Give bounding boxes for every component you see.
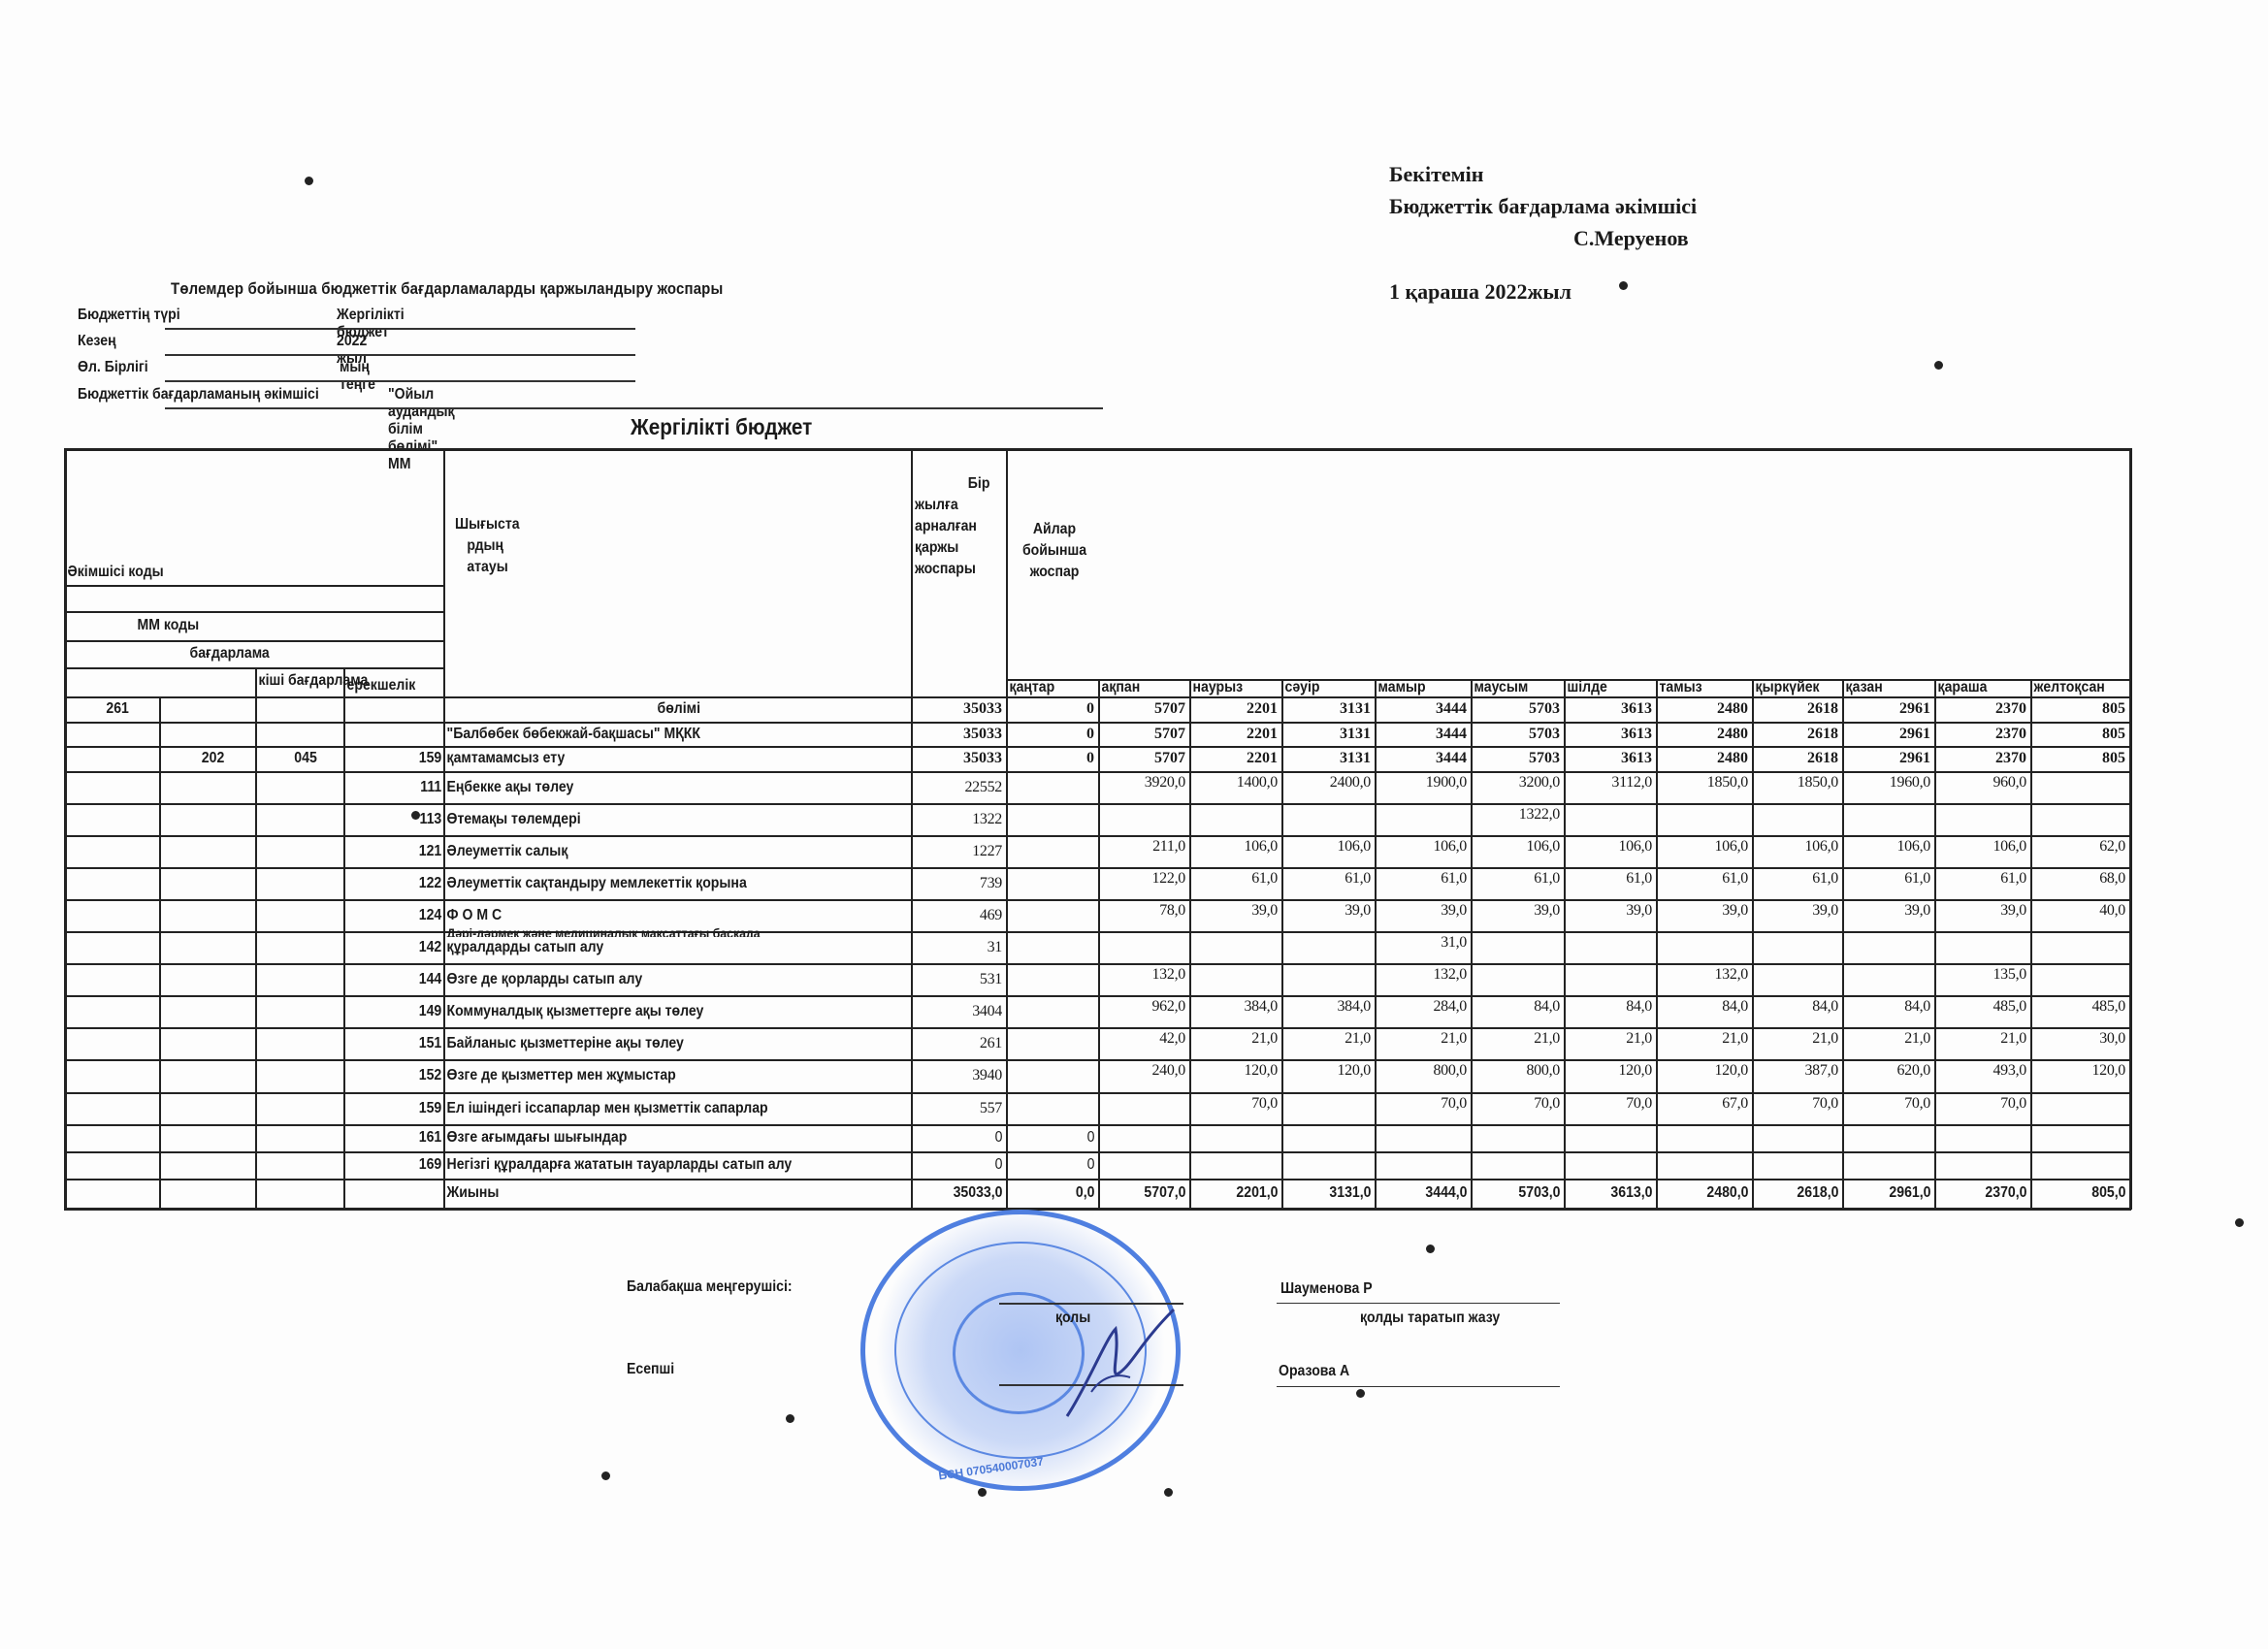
cell-month-1 <box>1006 1092 1098 1124</box>
cell-specific: 144 <box>355 963 443 995</box>
header-month-3: наурыз <box>1189 679 1271 696</box>
cell-month-8: 132,0 <box>1656 963 1752 995</box>
cell-month-9: 1850,0 <box>1752 771 1842 803</box>
cell-month-5: 284,0 <box>1375 995 1471 1027</box>
cell-month-3 <box>1189 963 1281 995</box>
cell-month-2: 78,0 <box>1098 899 1189 931</box>
cell-expense-name: Ел ішіндегі іссапарлар мен қызметтік сап… <box>443 1092 855 1124</box>
cell-month-11 <box>1946 1124 2030 1151</box>
cell-month-8: 2480,0 <box>1668 1179 1752 1208</box>
cell-month-1 <box>1006 931 1098 963</box>
approval-name: С.Меруенов <box>1389 222 1697 254</box>
cell-month-5 <box>1386 1124 1471 1151</box>
cell-month-11: 2370,0 <box>1946 1179 2030 1208</box>
cell-mm-code <box>171 963 255 995</box>
cell-specific: 121 <box>355 835 443 867</box>
cell-month-2: 3920,0 <box>1098 771 1189 803</box>
cell-admin-code <box>76 771 159 803</box>
cell-month-1 <box>1006 995 1098 1027</box>
cell-month-6 <box>1482 1124 1564 1151</box>
header-annual-plan-line: арналған <box>915 516 996 537</box>
cell-month-5: 800,0 <box>1375 1059 1471 1092</box>
cell-month-7: 3613 <box>1564 746 1656 771</box>
cell-month-6: 61,0 <box>1471 867 1564 899</box>
table-vline <box>255 696 257 1210</box>
meta-label: Өл. Бірлігі <box>78 359 148 376</box>
cell-expense-name: құралдарды сатып алу <box>443 931 855 963</box>
cell-admin-code <box>76 963 159 995</box>
cell-month-9: 21,0 <box>1752 1027 1842 1059</box>
meta-value: мың теңге <box>340 359 375 394</box>
cell-program <box>267 696 344 722</box>
cell-mm-code <box>171 995 255 1027</box>
cell-month-10 <box>1842 803 1934 835</box>
cell-month-6 <box>1471 963 1564 995</box>
cell-expense-name: Жиыны <box>443 1179 855 1208</box>
cell-month-11: 106,0 <box>1934 835 2030 867</box>
cell-month-1 <box>1006 803 1098 835</box>
header-monthly-plan: Айларбойыншажоспар <box>1012 519 1097 583</box>
header-expense-name-line: Шығыста <box>455 514 520 535</box>
cell-month-2: 132,0 <box>1098 963 1189 995</box>
scan-dot <box>305 177 313 185</box>
cell-month-5: 132,0 <box>1375 963 1471 995</box>
cell-mm-code <box>171 899 255 931</box>
header-month-4: сәуір <box>1281 679 1363 696</box>
cell-month-1: 0 <box>1017 1151 1098 1179</box>
cell-annual-plan: 35033,0 <box>923 1179 1006 1208</box>
cell-mm-code <box>171 835 255 867</box>
header-month-5: мамыр <box>1375 679 1459 696</box>
decode-caption: қолды таратып жазу <box>1360 1309 1500 1327</box>
cell-month-4: 3131 <box>1281 696 1375 722</box>
cell-month-12: 805 <box>2030 722 2129 746</box>
cell-month-4 <box>1281 803 1375 835</box>
cell-mm-code <box>171 867 255 899</box>
cell-month-9: 39,0 <box>1752 899 1842 931</box>
cell-annual-plan: 0 <box>923 1151 1006 1179</box>
cell-month-9: 84,0 <box>1752 995 1842 1027</box>
cell-month-1: 0 <box>1006 722 1098 746</box>
document-title: Төлемдер бойынша бюджеттік бағдарламалар… <box>171 279 723 299</box>
cell-month-2: 42,0 <box>1098 1027 1189 1059</box>
cell-month-8: 120,0 <box>1656 1059 1752 1092</box>
cell-month-7: 84,0 <box>1564 995 1656 1027</box>
cell-admin-code <box>76 1151 159 1179</box>
cell-month-6: 84,0 <box>1471 995 1564 1027</box>
cell-month-7: 39,0 <box>1564 899 1656 931</box>
cell-month-11: 2370 <box>1934 746 2030 771</box>
cell-month-11: 485,0 <box>1934 995 2030 1027</box>
cell-specific: 159 <box>355 1092 443 1124</box>
cell-month-5: 3444,0 <box>1386 1179 1471 1208</box>
cell-month-3: 39,0 <box>1189 899 1281 931</box>
cell-month-3 <box>1200 1151 1281 1179</box>
cell-month-9 <box>1752 931 1842 963</box>
cell-month-11: 21,0 <box>1934 1027 2030 1059</box>
cell-admin-code <box>76 1092 159 1124</box>
cell-month-7: 106,0 <box>1564 835 1656 867</box>
meta-underline <box>165 354 635 356</box>
meta-row: Бюджеттік бағдарламаның әкімшісі"Ойыл ау… <box>78 386 319 404</box>
cell-annual-plan: 1322 <box>911 803 1006 835</box>
cell-expense-name: Өзге ағымдағы шығындар <box>443 1124 855 1151</box>
cell-admin-code <box>76 722 159 746</box>
approval-line1: Бекітемін <box>1389 158 1697 190</box>
cell-month-1 <box>1006 771 1098 803</box>
cell-month-12: 805 <box>2030 696 2129 722</box>
cell-annual-plan: 1227 <box>911 835 1006 867</box>
cell-month-6: 3200,0 <box>1471 771 1564 803</box>
cell-month-9: 387,0 <box>1752 1059 1842 1092</box>
cell-month-9: 61,0 <box>1752 867 1842 899</box>
cell-admin-code <box>76 1179 159 1208</box>
cell-month-1 <box>1006 867 1098 899</box>
cell-month-1: 0 <box>1017 1124 1098 1151</box>
cell-month-11: 70,0 <box>1934 1092 2030 1124</box>
cell-month-8: 39,0 <box>1656 899 1752 931</box>
header-month-12: желтоқсан <box>2030 679 2118 696</box>
cell-program <box>267 1179 344 1208</box>
cell-month-12 <box>2042 1124 2129 1151</box>
header-month-11: қараша <box>1934 679 2019 696</box>
scan-dot <box>786 1414 794 1423</box>
cell-month-9 <box>1752 803 1842 835</box>
cell-month-1 <box>1006 1059 1098 1092</box>
cell-annual-plan: 261 <box>911 1027 1006 1059</box>
meta-underline <box>165 380 635 382</box>
cell-month-4: 39,0 <box>1281 899 1375 931</box>
cell-month-4: 21,0 <box>1281 1027 1375 1059</box>
cell-month-9 <box>1752 963 1842 995</box>
cell-annual-plan: 3404 <box>911 995 1006 1027</box>
header-mm-code: ММ коды <box>134 612 356 638</box>
cell-month-6: 5703,0 <box>1482 1179 1564 1208</box>
cell-month-12: 40,0 <box>2030 899 2129 931</box>
cell-month-5: 3444 <box>1375 696 1471 722</box>
cell-month-10: 39,0 <box>1842 899 1934 931</box>
cell-month-10: 2961 <box>1842 722 1934 746</box>
cell-month-9: 2618,0 <box>1763 1179 1842 1208</box>
cell-month-5: 3444 <box>1375 722 1471 746</box>
cell-month-4 <box>1293 1151 1375 1179</box>
cell-annual-plan: 35033 <box>911 696 1006 722</box>
cell-month-10 <box>1842 931 1934 963</box>
cell-month-5: 1900,0 <box>1375 771 1471 803</box>
cell-month-8: 21,0 <box>1656 1027 1752 1059</box>
cell-month-7: 3613,0 <box>1574 1179 1656 1208</box>
cell-annual-plan: 35033 <box>911 746 1006 771</box>
cell-month-10: 61,0 <box>1842 867 1934 899</box>
cell-month-1: 0,0 <box>1017 1179 1098 1208</box>
cell-month-6: 1322,0 <box>1471 803 1564 835</box>
cell-month-12 <box>2030 931 2129 963</box>
cell-month-6 <box>1482 1151 1564 1179</box>
cell-specific: 113 <box>355 803 443 835</box>
header-expense-name: Шығыстардыңатауы <box>455 514 520 578</box>
meta-label: Бюджеттің түрі <box>78 307 180 324</box>
scan-dot <box>1164 1488 1173 1497</box>
cell-month-11: 135,0 <box>1934 963 2030 995</box>
cell-month-5: 70,0 <box>1375 1092 1471 1124</box>
cell-specific <box>355 696 443 722</box>
cell-month-12 <box>2030 771 2129 803</box>
header-month-7: шілде <box>1564 679 1645 696</box>
cell-month-10 <box>1853 1151 1934 1179</box>
cell-month-4: 384,0 <box>1281 995 1375 1027</box>
cell-mm-code: 202 <box>171 746 255 771</box>
scan-dot <box>411 811 420 820</box>
cell-month-2 <box>1109 1124 1189 1151</box>
cell-month-10: 21,0 <box>1842 1027 1934 1059</box>
head-name: Шауменова Р <box>1280 1280 1373 1298</box>
cell-month-8: 2480 <box>1656 722 1752 746</box>
cell-month-11: 2370 <box>1934 722 2030 746</box>
cell-month-11 <box>1934 803 2030 835</box>
cell-month-10: 106,0 <box>1842 835 1934 867</box>
cell-specific: 124 <box>355 899 443 931</box>
cell-expense-name: "Балбөбек бөбекжай-бақшасы" МҚКК <box>443 722 855 746</box>
cell-month-9: 106,0 <box>1752 835 1842 867</box>
cell-month-4 <box>1281 963 1375 995</box>
cell-specific: 169 <box>355 1151 443 1179</box>
cell-month-6: 5703 <box>1471 696 1564 722</box>
cell-mm-code <box>171 931 255 963</box>
cell-mm-code <box>171 1179 255 1208</box>
cell-admin-code <box>76 835 159 867</box>
cell-mm-code <box>171 696 255 722</box>
cell-month-8 <box>1668 1151 1752 1179</box>
cell-program <box>267 1151 344 1179</box>
cell-specific: 111 <box>355 771 443 803</box>
cell-month-3: 2201 <box>1189 696 1281 722</box>
cell-annual-plan: 22552 <box>911 771 1006 803</box>
cell-month-7 <box>1574 1151 1656 1179</box>
cell-admin-code <box>76 803 159 835</box>
cell-expense-name: Негізгі құралдарға жататын тауарларды са… <box>443 1151 855 1179</box>
table-vline <box>159 696 161 1210</box>
cell-month-6: 39,0 <box>1471 899 1564 931</box>
cell-month-9: 2618 <box>1752 722 1842 746</box>
cell-month-4: 61,0 <box>1281 867 1375 899</box>
cell-month-11 <box>1946 1151 2030 1179</box>
cell-expense-name: Өзге де қызметтер мен жұмыстар <box>443 1059 855 1092</box>
cell-specific: 149 <box>355 995 443 1027</box>
cell-month-12: 62,0 <box>2030 835 2129 867</box>
cell-month-2: 5707 <box>1098 746 1189 771</box>
cell-month-1 <box>1006 963 1098 995</box>
cell-month-3: 120,0 <box>1189 1059 1281 1092</box>
cell-month-4 <box>1281 931 1375 963</box>
cell-month-7: 70,0 <box>1564 1092 1656 1124</box>
cell-month-3: 61,0 <box>1189 867 1281 899</box>
cell-program <box>267 1027 344 1059</box>
header-monthly-plan-line: Айлар <box>1012 519 1097 540</box>
cell-month-9 <box>1763 1151 1842 1179</box>
cell-month-11 <box>1934 931 2030 963</box>
cell-annual-plan: 469 <box>911 899 1006 931</box>
cell-program <box>267 835 344 867</box>
cell-annual-plan: 739 <box>911 867 1006 899</box>
cell-month-7 <box>1574 1124 1656 1151</box>
header-month-2: ақпан <box>1098 679 1179 696</box>
cell-month-10: 620,0 <box>1842 1059 1934 1092</box>
header-month-9: қыркүйек <box>1752 679 1831 696</box>
budget-caption: Жергілікті бюджет <box>631 414 812 440</box>
cell-month-3: 2201 <box>1189 722 1281 746</box>
scan-dot <box>1934 361 1943 370</box>
scan-dot <box>1356 1389 1365 1398</box>
cell-month-12 <box>2030 1092 2129 1124</box>
cell-month-5: 31,0 <box>1375 931 1471 963</box>
cell-annual-plan: 3940 <box>911 1059 1006 1092</box>
cell-expense-name: қамтамамсыз ету <box>443 746 855 771</box>
cell-month-10: 2961 <box>1842 696 1934 722</box>
cell-program <box>267 771 344 803</box>
cell-annual-plan: 31 <box>911 931 1006 963</box>
cell-month-6 <box>1471 931 1564 963</box>
cell-month-3: 384,0 <box>1189 995 1281 1027</box>
cell-admin-code <box>76 1027 159 1059</box>
cell-month-4: 3131 <box>1281 722 1375 746</box>
header-monthly-plan-line: бойынша <box>1012 540 1097 562</box>
cell-month-1: 0 <box>1006 696 1098 722</box>
cell-month-12: 68,0 <box>2030 867 2129 899</box>
cell-admin-code <box>76 1124 159 1151</box>
cell-month-10: 1960,0 <box>1842 771 1934 803</box>
cell-month-5: 61,0 <box>1375 867 1471 899</box>
cell-month-5: 21,0 <box>1375 1027 1471 1059</box>
cell-month-4 <box>1281 1092 1375 1124</box>
header-expense-name-line: рдың <box>455 535 520 557</box>
meta-underline <box>165 407 1103 409</box>
meta-row: Бюджеттің түріЖергілікті бюджет <box>78 307 180 324</box>
cell-admin-code <box>76 867 159 899</box>
cell-month-9: 2618 <box>1752 746 1842 771</box>
cell-month-2 <box>1098 931 1189 963</box>
cell-month-6: 21,0 <box>1471 1027 1564 1059</box>
cell-month-2 <box>1098 803 1189 835</box>
cell-month-9: 2618 <box>1752 696 1842 722</box>
cell-month-6: 5703 <box>1471 746 1564 771</box>
cell-month-7: 3112,0 <box>1564 771 1656 803</box>
scan-dot <box>601 1471 610 1480</box>
cell-month-6: 70,0 <box>1471 1092 1564 1124</box>
cell-month-4: 3131,0 <box>1293 1179 1375 1208</box>
cell-month-2: 962,0 <box>1098 995 1189 1027</box>
cell-program <box>267 931 344 963</box>
table-hline <box>64 585 445 587</box>
header-admin-code: Әкімшісі коды <box>64 560 320 585</box>
cell-program <box>267 722 344 746</box>
cell-month-7: 120,0 <box>1564 1059 1656 1092</box>
cell-specific: 161 <box>355 1124 443 1151</box>
cell-month-4: 120,0 <box>1281 1059 1375 1092</box>
cell-program <box>267 1124 344 1151</box>
header-annual-plan-line: жоспары <box>915 559 996 580</box>
cell-mm-code <box>171 722 255 746</box>
cell-annual-plan: 0 <box>923 1124 1006 1151</box>
cell-month-8: 1850,0 <box>1656 771 1752 803</box>
cell-specific: 142 <box>355 931 443 963</box>
head-name-line <box>1277 1303 1560 1304</box>
cell-month-2 <box>1109 1151 1189 1179</box>
stamp-bin: БСН 070540007037 <box>938 1454 1045 1482</box>
cell-month-3: 2201 <box>1189 746 1281 771</box>
cell-mm-code <box>171 771 255 803</box>
cell-expense-name: Әлеуметтік салық <box>443 835 855 867</box>
cell-month-4: 3131 <box>1281 746 1375 771</box>
cell-admin-code <box>76 995 159 1027</box>
cell-month-3 <box>1200 1124 1281 1151</box>
cell-specific: 122 <box>355 867 443 899</box>
cell-month-8: 84,0 <box>1656 995 1752 1027</box>
cell-month-3: 21,0 <box>1189 1027 1281 1059</box>
table-vline <box>2129 448 2132 1210</box>
cell-month-3: 106,0 <box>1189 835 1281 867</box>
cell-month-6: 106,0 <box>1471 835 1564 867</box>
cell-admin-code <box>76 931 159 963</box>
cell-program <box>267 1092 344 1124</box>
meta-label: Бюджеттік бағдарламаның әкімшісі <box>78 386 319 404</box>
cell-admin-code <box>76 899 159 931</box>
cell-program <box>267 963 344 995</box>
cell-month-5: 39,0 <box>1375 899 1471 931</box>
cell-month-7 <box>1564 931 1656 963</box>
cell-month-8: 106,0 <box>1656 835 1752 867</box>
meta-row: Кезең2022 жыл <box>78 333 116 350</box>
approval-line2: Бюджеттік бағдарлама әкімшісі <box>1389 190 1697 222</box>
scan-dot <box>1426 1245 1435 1253</box>
cell-month-11: 39,0 <box>1934 899 2030 931</box>
cell-month-8: 2480 <box>1656 696 1752 722</box>
cell-month-2: 5707 <box>1098 722 1189 746</box>
cell-month-7 <box>1564 963 1656 995</box>
meta-underline <box>165 328 635 330</box>
cell-month-4: 106,0 <box>1281 835 1375 867</box>
cell-month-12 <box>2042 1151 2129 1179</box>
cell-month-9: 70,0 <box>1752 1092 1842 1124</box>
header-annual-plan-line: қаржы <box>915 537 996 559</box>
cell-program: 045 <box>267 746 344 771</box>
cell-mm-code <box>171 803 255 835</box>
cell-month-7 <box>1564 803 1656 835</box>
cell-month-7: 21,0 <box>1564 1027 1656 1059</box>
cell-month-1 <box>1006 899 1098 931</box>
cell-month-11: 960,0 <box>1934 771 2030 803</box>
cell-mm-code <box>171 1059 255 1092</box>
cell-month-8: 2480 <box>1656 746 1752 771</box>
header-month-10: қазан <box>1842 679 1924 696</box>
cell-month-12 <box>2030 803 2129 835</box>
approval-date: 1 қараша 2022жыл <box>1389 275 1697 307</box>
header-expense-name-line: атауы <box>455 557 520 578</box>
cell-month-8 <box>1656 931 1752 963</box>
cell-month-2: 122,0 <box>1098 867 1189 899</box>
table-hline <box>64 448 2131 451</box>
header-program: бағдарлама <box>186 640 408 667</box>
header-specific: ерекшелік <box>343 675 463 696</box>
header-annual-plan-line: Бір <box>915 473 996 495</box>
cell-month-2: 5707 <box>1098 696 1189 722</box>
cell-month-1: 0 <box>1006 746 1098 771</box>
cell-month-4 <box>1293 1124 1375 1151</box>
cell-expense-name: Еңбекке ақы төлеу <box>443 771 855 803</box>
header-month-8: тамыз <box>1656 679 1740 696</box>
accountant-label: Есепші <box>627 1361 674 1378</box>
cell-specific <box>355 1179 443 1208</box>
cell-expense-name: бөлімі <box>443 696 911 722</box>
